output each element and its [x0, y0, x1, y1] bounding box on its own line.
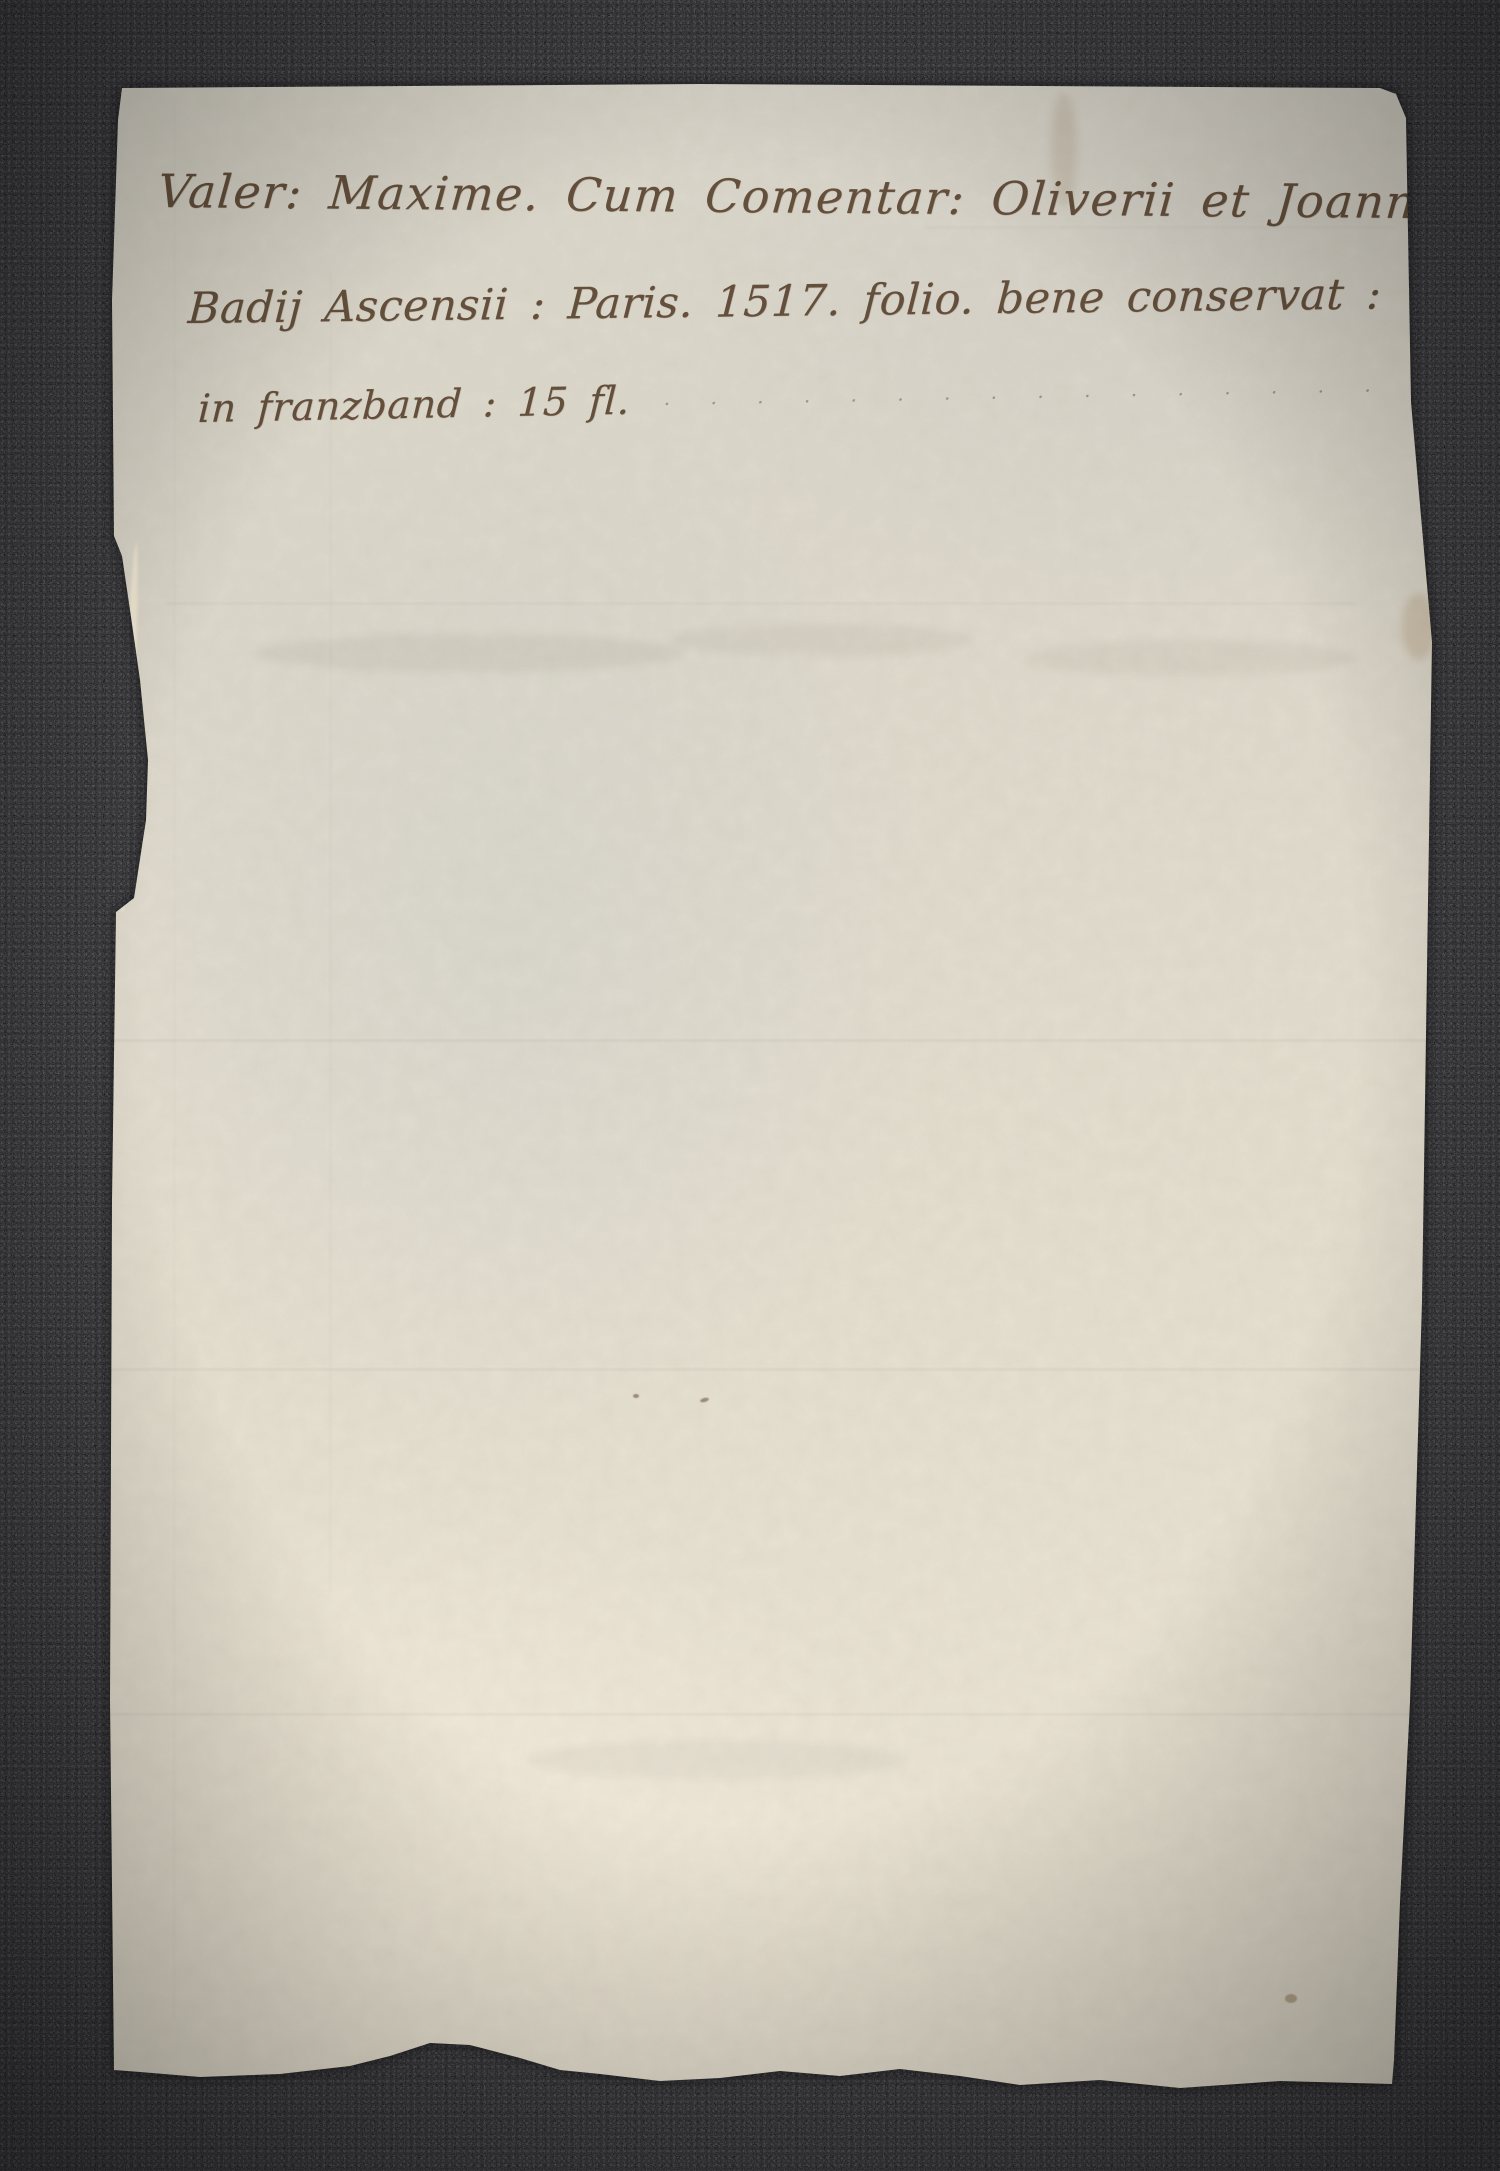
dotted-leader: . . . . . . . . . . . . . . . . . . . . …	[664, 369, 1500, 408]
manuscript-page: Valer: Maxime. Cum Comentar: Oliverii et…	[106, 82, 1436, 2092]
handwriting-text: Badij Ascensii : Paris. 1517. folio. ben…	[187, 269, 1383, 334]
handwriting-block: Valer: Maxime. Cum Comentar: Oliverii et…	[106, 82, 1436, 2092]
photo-backdrop: { "page": { "lines": [ "Valer: Maxime. C…	[0, 0, 1500, 2171]
handwriting-line-2: Badij Ascensii : Paris. 1517. folio. ben…	[187, 273, 1383, 331]
handwriting-line-1: Valer: Maxime. Cum Comentar: Oliverii et…	[156, 168, 1418, 225]
handwriting-text: in franzband : 15 fl.	[197, 379, 631, 432]
paper-sheet: Valer: Maxime. Cum Comentar: Oliverii et…	[106, 82, 1436, 2092]
handwriting-line-3: in franzband : 15 fl.. . . . . . . . . .…	[197, 362, 1500, 429]
handwriting-text: Valer: Maxime. Cum Comentar: Oliverii et…	[156, 164, 1419, 229]
